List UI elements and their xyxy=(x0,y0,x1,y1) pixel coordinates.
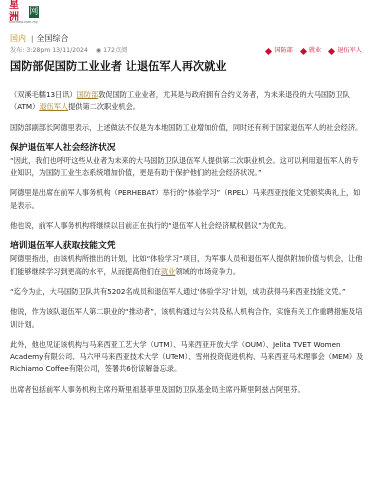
tag-employment[interactable]: 就业 xyxy=(301,47,321,55)
tag-veterans[interactable]: 退伍军人 xyxy=(329,47,362,55)
site-logo[interactable]: 星洲 网 sinchew.com.my xyxy=(9,5,39,25)
view-count: 172点阅 xyxy=(103,47,127,55)
link-veterans[interactable]: 退伍军人 xyxy=(39,102,68,111)
tag-icon xyxy=(300,47,307,54)
paragraph: 国防部副部长阿德里表示，上述做法不仅是为本地国防工业增加价值，同时还有利于国家退… xyxy=(10,122,365,134)
tag-label: 国防部 xyxy=(274,47,293,55)
logo-box: 网 xyxy=(29,6,39,18)
tag-defense-ministry[interactable]: 国防部 xyxy=(266,47,293,55)
paragraph: （双溪毛糯13日讯）国防部敦促国防工业业者，尤其是与政府拥有合约义务者，为未来退… xyxy=(10,89,365,114)
category-primary-link[interactable]: 国内 xyxy=(10,34,26,44)
quote-paragraph: “因此，我们也呼吁这些从业者为未来的大马国防卫队退伍军人提供第二次职业机会。这可… xyxy=(10,155,365,180)
link-defense-ministry[interactable]: 国防部 xyxy=(77,90,99,99)
link-employment[interactable]: 就业 xyxy=(161,267,175,276)
paragraph: 阿德里指出，由该机构所推出的计划，比如“体验学习”项目，为军事人员和退伍军人提供… xyxy=(10,253,365,278)
tag-icon xyxy=(328,47,335,54)
paragraph: 此外，他也见证该机构与马来西亚工艺大学（UTM）、马来西亚开放大学（OUM）、J… xyxy=(10,339,365,376)
article-title: 国防部促国防工业业者 让退伍军人再次就业 xyxy=(10,60,226,74)
tag-list: 国防部 就业 退伍军人 xyxy=(258,47,362,55)
category-separator: | xyxy=(31,34,33,44)
tag-icon xyxy=(265,47,272,54)
paragraph: 他也说，前军人事务机构将继续以目前正在执行的“退伍军人社会经济赋权倡议”为优先。 xyxy=(10,220,365,232)
paragraph: 他说，作为该队退伍军人第二职业的“推动者”，该机构通过与公共及私人机构合作，实施… xyxy=(10,306,365,331)
category-secondary-link[interactable]: 全国综合 xyxy=(36,34,68,44)
article-body: （双溪毛糯13日讯）国防部敦促国防工业业者，尤其是与政府拥有合约义务者，为未来退… xyxy=(10,89,365,404)
article-meta: 发布: 3:28pm 13/11/2024 ◉ 172点阅 xyxy=(10,47,127,55)
eye-icon: ◉ xyxy=(96,47,101,55)
tag-label: 就业 xyxy=(309,47,321,55)
logo-domain: sinchew.com.my xyxy=(9,20,39,25)
paragraph: 阿德里是出席在前军人事务机构（PERHEBAT）举行的“体验学习”（RPEL）马… xyxy=(10,187,365,212)
section-heading: 保护退伍军人社会经济状况 xyxy=(10,142,365,154)
publish-time: 发布: 3:28pm 13/11/2024 xyxy=(10,47,88,55)
section-heading: 培训退伍军人获取技能文凭 xyxy=(10,240,365,252)
category-breadcrumb: 国内 | 全国综合 xyxy=(10,34,68,44)
tag-label: 退伍军人 xyxy=(337,47,362,55)
paragraph: 出席者包括前军人事务机构主席丹斯里祖基菲里及国防卫队基金局主席丹斯里阿兹占阿里芬… xyxy=(10,384,365,396)
quote-paragraph: “迄今为止，大马国防卫队共有5202名成员和退伍军人通过‘体验学习’计划，成功获… xyxy=(10,286,365,298)
